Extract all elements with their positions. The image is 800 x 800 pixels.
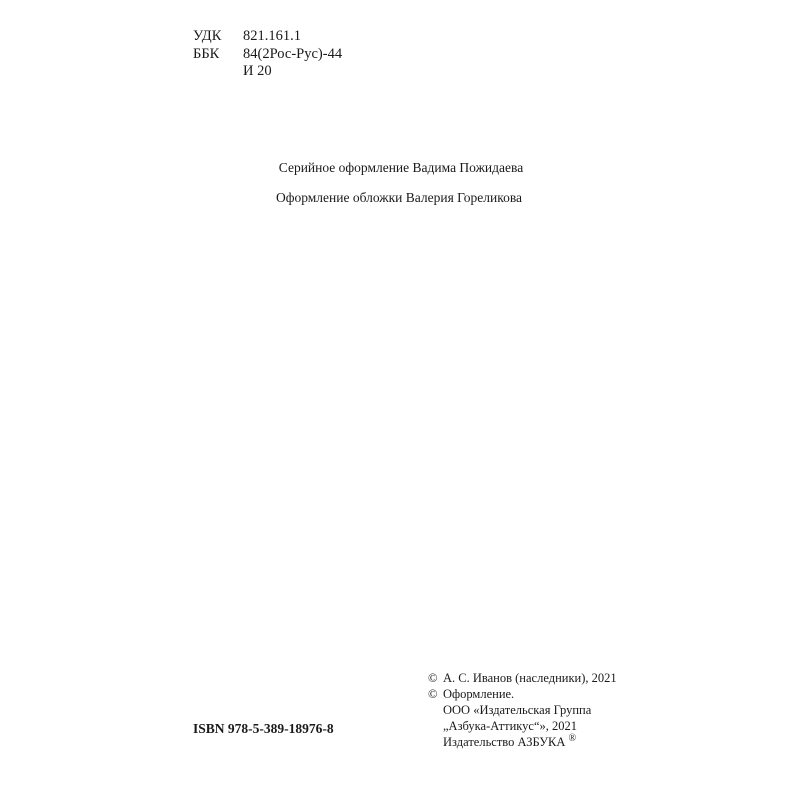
copyright-author: © А. С. Иванов (наследники), 2021 (428, 670, 617, 686)
copyright-design: © Оформление. (428, 686, 617, 702)
series-design-credit: Серийное оформление Вадима Пожидаева (1, 160, 800, 176)
imprint-page: УДК 821.161.1 ББК 84(2Рос-Рус)-44 И 20 С… (0, 0, 800, 800)
isbn: ISBN 978-5-389-18976-8 (193, 721, 334, 737)
registered-mark-icon: ® (569, 733, 577, 744)
udk-label: УДК (193, 28, 243, 46)
classification-block: УДК 821.161.1 ББК 84(2Рос-Рус)-44 И 20 (193, 28, 342, 81)
udk-row: УДК 821.161.1 (193, 28, 342, 46)
bbk-label: ББК (193, 46, 243, 64)
publisher-line-1: ООО «Издательская Группа (428, 702, 617, 718)
copyright-icon: © (428, 670, 443, 686)
copyright-icon: © (428, 686, 443, 702)
udk-value: 821.161.1 (243, 28, 301, 46)
bbk-row: ББК 84(2Рос-Рус)-44 (193, 46, 342, 64)
author-mark: И 20 (243, 63, 272, 81)
publisher-line-2: „Азбука-Аттикус“», 2021 (428, 718, 617, 734)
cover-design-credit: Оформление обложки Валерия Гореликова (0, 190, 799, 206)
author-mark-row: И 20 (193, 63, 342, 81)
copyright-block: © А. С. Иванов (наследники), 2021 © Офор… (428, 670, 617, 750)
publisher-line-3: Издательство АЗБУКА ® (428, 734, 617, 750)
bbk-value: 84(2Рос-Рус)-44 (243, 46, 342, 64)
